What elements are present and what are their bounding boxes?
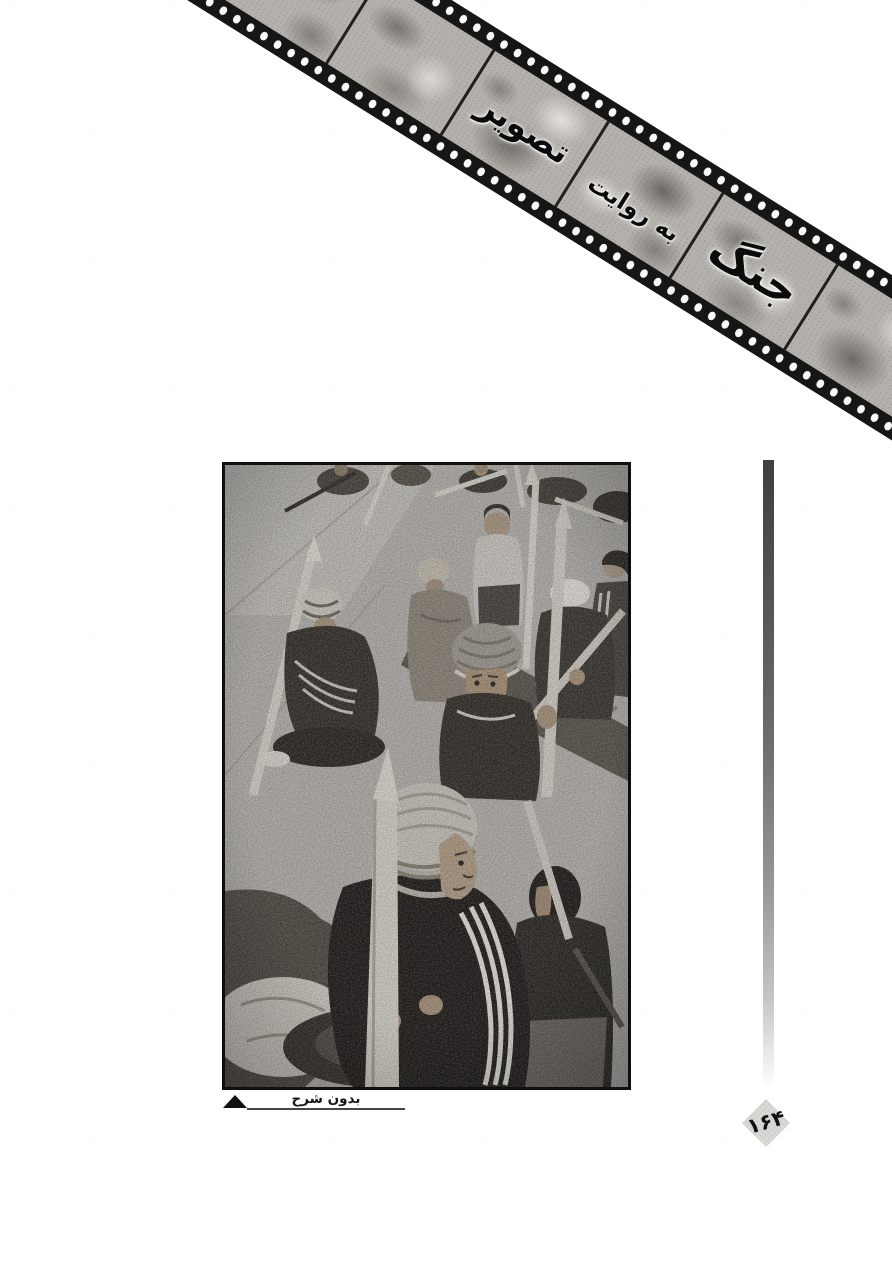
caption-rule xyxy=(247,1108,405,1110)
war-photo xyxy=(222,462,631,1090)
book-page: تصویر به روایت جنگ xyxy=(0,0,892,1263)
war-photo-illustration xyxy=(225,465,628,1087)
caption-triangle-icon xyxy=(223,1095,247,1108)
filmstrip-banner: تصویر به روایت جنگ xyxy=(35,0,892,451)
margin-gradient-bar xyxy=(763,460,774,1088)
photo-caption-text: بدون شرح xyxy=(247,1091,405,1107)
